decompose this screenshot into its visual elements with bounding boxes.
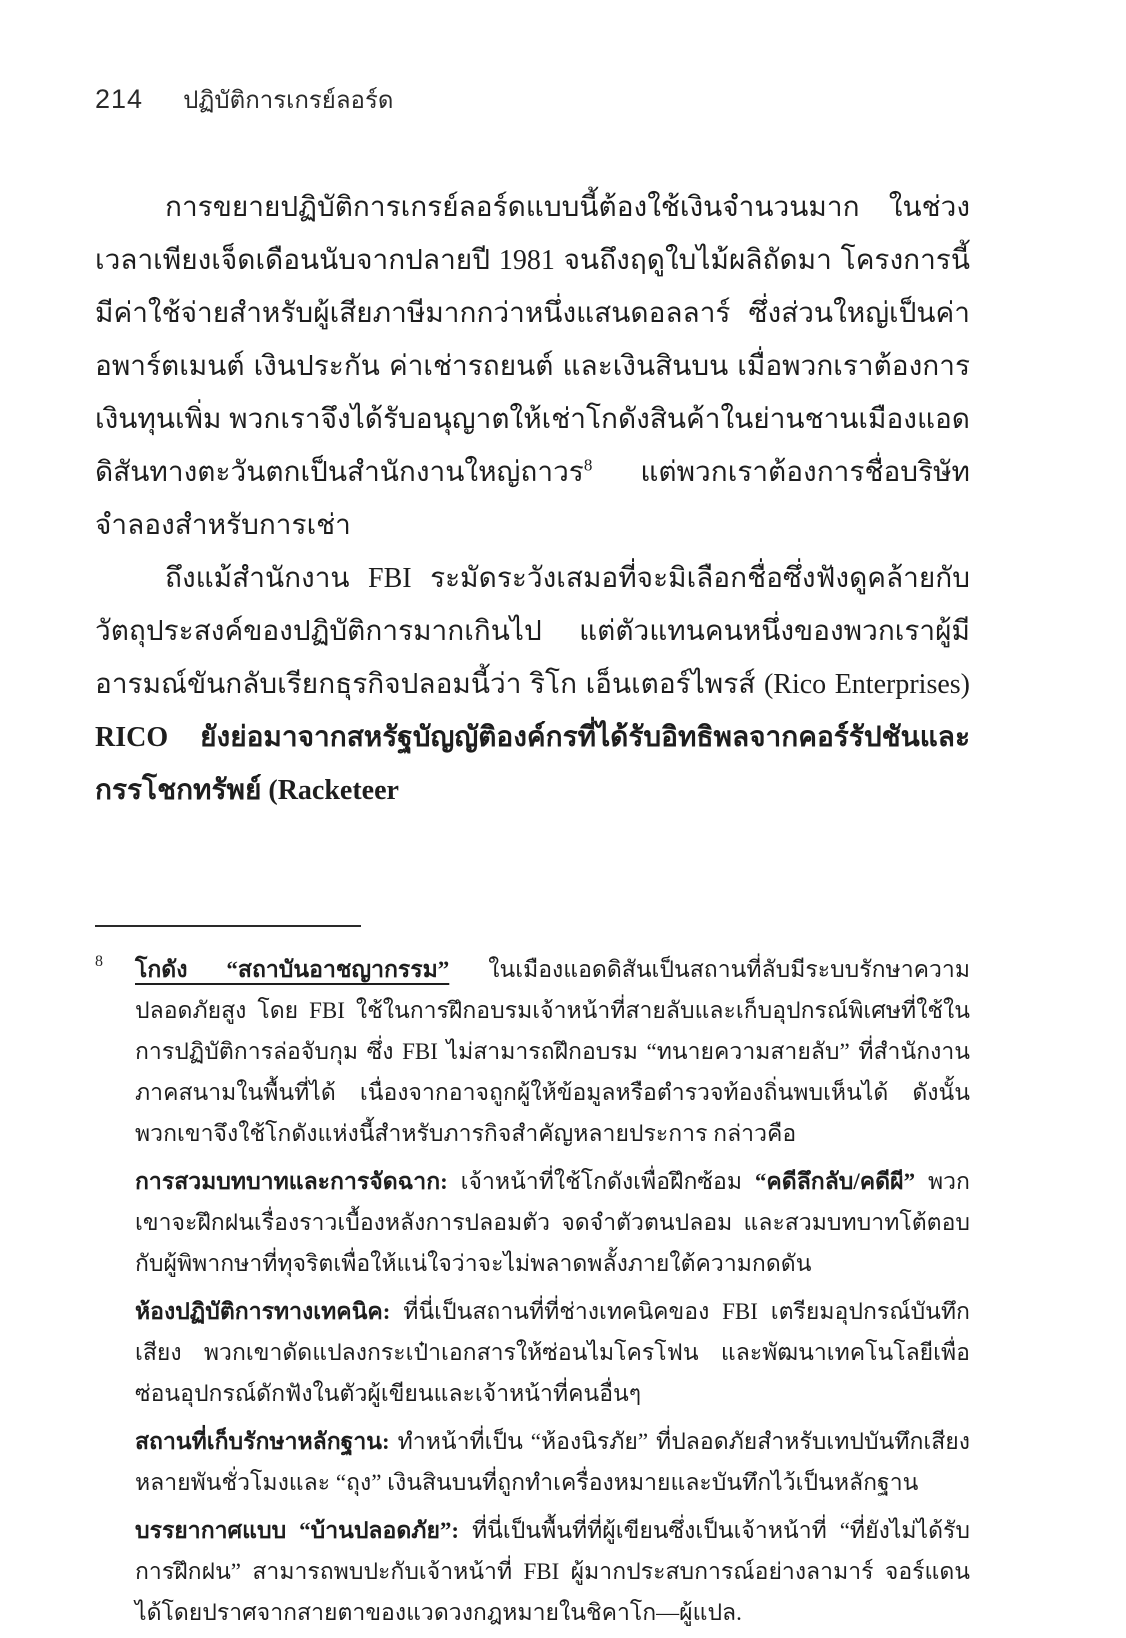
footnote-item-roleplay: การสวมบทบาทและการจัดฉาก: เจ้าหน้าที่ใช้โ… bbox=[135, 1161, 970, 1284]
page-number: 214 bbox=[95, 84, 143, 115]
footnote-intro-text: ในเมืองแอดดิสันเป็นสถานที่ลับมีระบบรักษา… bbox=[135, 957, 970, 1146]
footnote-item-heading: สถานที่เก็บรักษาหลักฐาน: bbox=[135, 1429, 390, 1454]
page-header: 214 ปฏิบัติการเกรย์ลอร์ด bbox=[95, 80, 970, 119]
footnote-section: 8 โกดัง “สถาบันอาชญากรรม” ในเมืองแอดดิสั… bbox=[95, 925, 970, 1633]
paragraph-2: ถึงแม้สำนักงาน FBI ระมัดระวังเสมอที่จะมิ… bbox=[95, 552, 970, 817]
footnote-item-safe-house: บรรยากาศแบบ “บ้านปลอดภัย”: ที่นี่เป็นพื้… bbox=[135, 1510, 970, 1633]
footnote-marker: 8 bbox=[95, 949, 135, 971]
footnote-item-heading: บรรยากาศแบบ “บ้านปลอดภัย”: bbox=[135, 1518, 459, 1543]
paragraph-1: การขยายปฏิบัติการเกรย์ลอร์ดแบบนี้ต้องใช้… bbox=[95, 181, 970, 552]
footnote-item-evidence-vault: สถานที่เก็บรักษาหลักฐาน: ทำหน้าที่เป็น “… bbox=[135, 1421, 970, 1503]
footnote-lead-term: โกดัง “สถาบันอาชญากรรม” bbox=[135, 957, 449, 982]
footnote-item-text: เจ้าหน้าที่ใช้โกดังเพื่อฝึกซ้อม bbox=[448, 1169, 755, 1194]
footnote-item-heading: การสวมบทบาทและการจัดฉาก: bbox=[135, 1169, 448, 1194]
book-page: 214 ปฏิบัติการเกรย์ลอร์ด การขยายปฏิบัติก… bbox=[0, 0, 1126, 1638]
footnote-item-heading: ห้องปฏิบัติการทางเทคนิค: bbox=[135, 1299, 390, 1324]
footnote-8: 8 โกดัง “สถาบันอาชญากรรม” ในเมืองแอดดิสั… bbox=[95, 949, 970, 1633]
footnote-divider bbox=[95, 925, 361, 927]
paragraph-2-bold-text: RICO ยังย่อมาจาก​สหรัฐบัญญัติองค์กรที่ได… bbox=[95, 722, 970, 806]
body-text: การขยายปฏิบัติการเกรย์ลอร์ดแบบนี้ต้องใช้… bbox=[95, 181, 970, 817]
footnote-item-tech-lab: ห้องปฏิบัติการทางเทคนิค: ที่นี่เป็นสถานท… bbox=[135, 1291, 970, 1414]
paragraph-2-text: ถึงแม้สำนักงาน FBI ระมัดระวังเสมอที่จะมิ… bbox=[95, 563, 970, 700]
footnote-body: โกดัง “สถาบันอาชญากรรม” ในเมืองแอดดิสันเ… bbox=[135, 949, 970, 1633]
running-head: ปฏิบัติการเกรย์ลอร์ด bbox=[183, 80, 393, 119]
footnote-item-bold-phrase: “คดีลึกลับ/คดีผี” bbox=[755, 1169, 915, 1194]
paragraph-1-text: การขยายปฏิบัติการเกรย์ลอร์ดแบบนี้ต้องใช้… bbox=[95, 192, 970, 488]
footnote-intro: โกดัง “สถาบันอาชญากรรม” ในเมืองแอดดิสันเ… bbox=[135, 949, 970, 1154]
